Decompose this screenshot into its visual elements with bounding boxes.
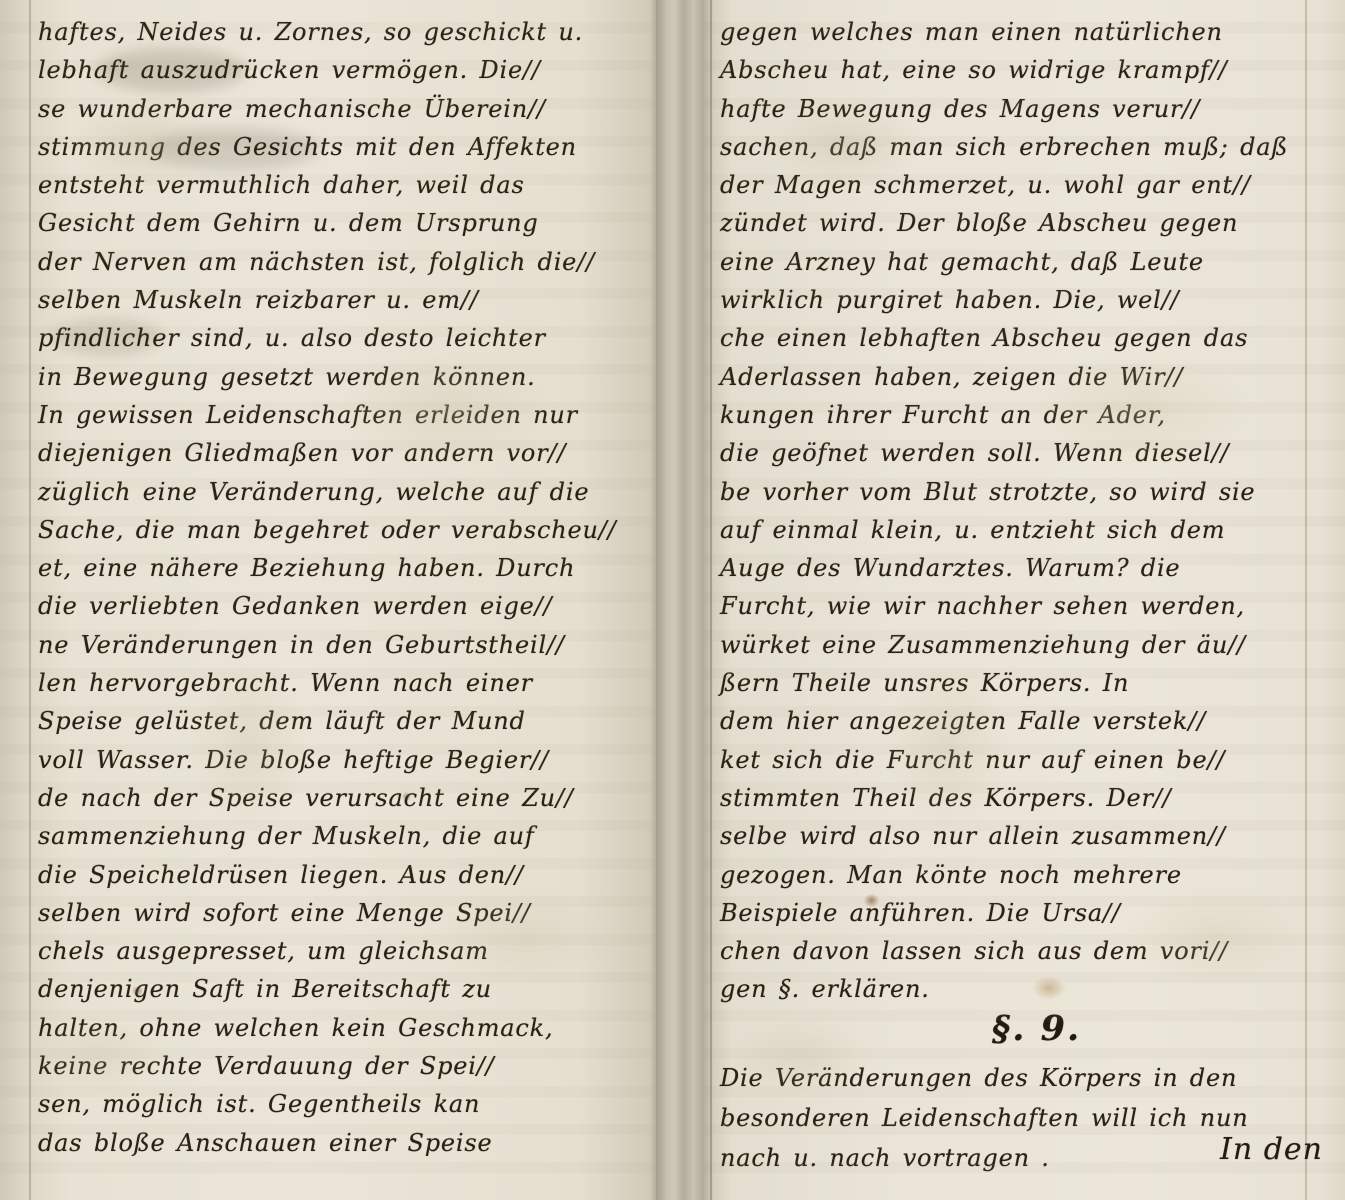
manuscript-line: eine Arzney hat gemacht, daß Leute xyxy=(720,248,1306,286)
manuscript-line: züglich eine Veränderung, welche auf die xyxy=(38,478,650,516)
right-page-text-upper: gegen welches man einen natürlichenAbsch… xyxy=(720,18,1306,1014)
right-page-text-lower: Die Veränderungen des Körpers in denbeso… xyxy=(720,1064,1306,1184)
manuscript-line: ket sich die Furcht nur auf einen be// xyxy=(720,746,1306,784)
left-page-text: haftes, Neides u. Zornes, so geschickt u… xyxy=(38,18,650,1167)
right-page-inner-margin-line xyxy=(710,0,712,1200)
manuscript-line: Abscheu hat, eine so widrige krampf// xyxy=(720,56,1306,94)
manuscript-line: in Bewegung gesetzt werden können. xyxy=(38,363,650,401)
manuscript-line: gegen welches man einen natürlichen xyxy=(720,18,1306,56)
right-page: gegen welches man einen natürlichenAbsch… xyxy=(704,0,1345,1200)
manuscript-line: Speise gelüstet, dem läuft der Mund xyxy=(38,707,650,745)
manuscript-line: zündet wird. Der bloße Abscheu gegen xyxy=(720,209,1306,247)
manuscript-spread: haftes, Neides u. Zornes, so geschickt u… xyxy=(0,0,1345,1200)
manuscript-line: kungen ihrer Furcht an der Ader, xyxy=(720,401,1306,439)
catchword: In den xyxy=(1220,1132,1323,1167)
manuscript-line: sammenziehung der Muskeln, die auf xyxy=(38,822,650,860)
manuscript-line: die Speicheldrüsen liegen. Aus den// xyxy=(38,861,650,899)
manuscript-line: auf einmal klein, u. entzieht sich dem xyxy=(720,516,1306,554)
manuscript-line: selbe wird also nur allein zusammen// xyxy=(720,822,1306,860)
manuscript-line: Auge des Wundarztes. Warum? die xyxy=(720,554,1306,592)
manuscript-line: die verliebten Gedanken werden eige// xyxy=(38,592,650,630)
manuscript-line: stimmung des Gesichts mit den Affekten xyxy=(38,133,650,171)
manuscript-line: chels ausgepresset, um gleichsam xyxy=(38,937,650,975)
manuscript-line: selben wird sofort eine Menge Spei// xyxy=(38,899,650,937)
manuscript-line: Furcht, wie wir nachher sehen werden, xyxy=(720,592,1306,630)
manuscript-line: sen, möglich ist. Gegentheils kan xyxy=(38,1090,650,1128)
manuscript-line: Gesicht dem Gehirn u. dem Ursprung xyxy=(38,209,650,247)
manuscript-line: würket eine Zusammenziehung der äu// xyxy=(720,631,1306,669)
manuscript-line: hafte Bewegung des Magens verur// xyxy=(720,95,1306,133)
manuscript-line: be vorher vom Blut strotzte, so wird sie xyxy=(720,478,1306,516)
manuscript-line: pfindlicher sind, u. also desto leichter xyxy=(38,324,650,362)
manuscript-line: Die Veränderungen des Körpers in den xyxy=(720,1064,1306,1104)
manuscript-line: wirklich purgiret haben. Die, wel// xyxy=(720,286,1306,324)
manuscript-line: ßern Theile unsres Körpers. In xyxy=(720,669,1306,707)
manuscript-line: stimmten Theil des Körpers. Der// xyxy=(720,784,1306,822)
manuscript-line: Aderlassen haben, zeigen die Wir// xyxy=(720,363,1306,401)
manuscript-line: besonderen Leidenschaften will ich nun xyxy=(720,1104,1306,1144)
manuscript-line: de nach der Speise verursacht eine Zu// xyxy=(38,784,650,822)
manuscript-line: Sache, die man begehret oder verabscheu/… xyxy=(38,516,650,554)
manuscript-line: entsteht vermuthlich daher, weil das xyxy=(38,171,650,209)
manuscript-line: diejenigen Gliedmaßen vor andern vor// xyxy=(38,439,650,477)
manuscript-line: len hervorgebracht. Wenn nach einer xyxy=(38,669,650,707)
manuscript-line: haftes, Neides u. Zornes, so geschickt u… xyxy=(38,18,650,56)
manuscript-line: halten, ohne welchen kein Geschmack, xyxy=(38,1014,650,1052)
manuscript-line: gezogen. Man könte noch mehrere xyxy=(720,861,1306,899)
manuscript-line: der Nerven am nächsten ist, folglich die… xyxy=(38,248,650,286)
manuscript-line: der Magen schmerzet, u. wohl gar ent// xyxy=(720,171,1306,209)
manuscript-line: dem hier angezeigten Falle verstek// xyxy=(720,707,1306,745)
manuscript-line: lebhaft auszudrücken vermögen. Die// xyxy=(38,56,650,94)
manuscript-line: se wunderbare mechanische Überein// xyxy=(38,95,650,133)
manuscript-line: In gewissen Leidenschaften erleiden nur xyxy=(38,401,650,439)
manuscript-line: keine rechte Verdauung der Spei// xyxy=(38,1052,650,1090)
manuscript-line: ne Veränderungen in den Geburtstheil// xyxy=(38,631,650,669)
manuscript-line: selben Muskeln reizbarer u. em// xyxy=(38,286,650,324)
manuscript-line: et, eine nähere Beziehung haben. Durch xyxy=(38,554,650,592)
manuscript-line: che einen lebhaften Abscheu gegen das xyxy=(720,324,1306,362)
manuscript-line: die geöfnet werden soll. Wenn diesel// xyxy=(720,439,1306,477)
book-gutter xyxy=(656,0,704,1200)
manuscript-line: chen davon lassen sich aus dem vori// xyxy=(720,937,1306,975)
manuscript-line: nach u. nach vortragen . xyxy=(720,1144,1306,1184)
left-page: haftes, Neides u. Zornes, so geschickt u… xyxy=(0,0,656,1200)
section-heading: §. 9. xyxy=(992,1008,1081,1049)
manuscript-line: voll Wasser. Die bloße heftige Begier// xyxy=(38,746,650,784)
manuscript-line: sachen, daß man sich erbrechen muß; daß xyxy=(720,133,1306,171)
left-page-margin-line xyxy=(29,0,31,1200)
manuscript-line: denjenigen Saft in Bereitschaft zu xyxy=(38,975,650,1013)
manuscript-line: das bloße Anschauen einer Speise xyxy=(38,1129,650,1167)
manuscript-line: Beispiele anführen. Die Ursa// xyxy=(720,899,1306,937)
